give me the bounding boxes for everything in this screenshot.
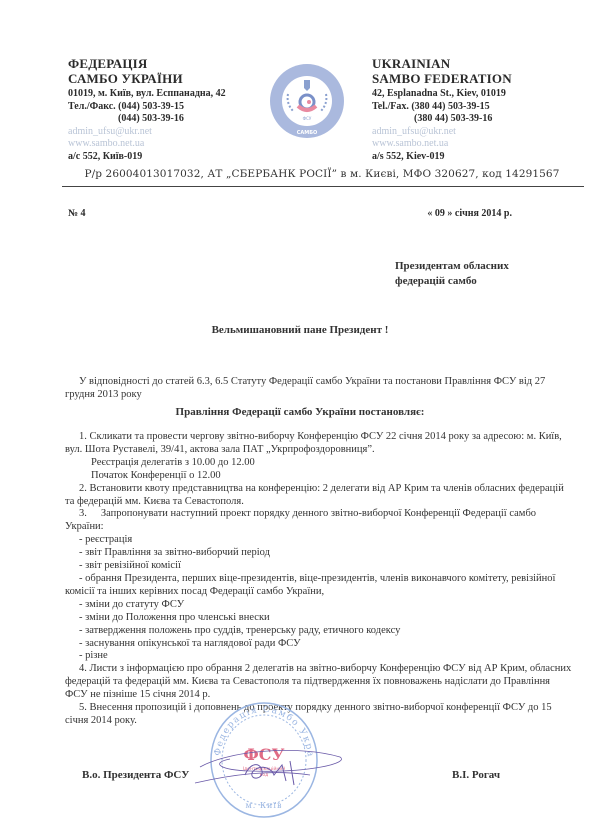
svg-text:м. Київ: м. Київ [246,801,283,810]
letterhead-english: UKRAINIAN SAMBO FEDERATION 42, Esplanadn… [372,56,512,163]
document-number: № 4 [68,208,86,219]
item-5: 5. Внесення пропозицій і доповнень до пр… [65,702,575,728]
agenda-item: - звіт Правління за звітно-виборчий пері… [65,547,575,560]
signatory-name: В.І. Рогач [452,769,500,781]
org-phone-en-2: (380 44) 503-39-16 [372,113,512,126]
agenda-item: - зміни до Положення про членські внески [65,612,575,625]
item-1-start: Початок Конференції о 12.00 [65,470,575,483]
org-po-box: а/с 552, Київ-019 [68,151,226,164]
agenda-item: - різне [65,650,575,663]
item-3-text: Запропонувати наступний проект порядку д… [65,508,536,532]
org-email-link[interactable]: admin_ufsu@ukr.net [68,126,226,139]
org-phone-2: (044) 503-39-16 [68,113,226,126]
org-name-en-line2: SAMBO FEDERATION [372,71,512,86]
org-website-en-link[interactable]: www.sambo.net.ua [372,138,512,151]
svg-text:ФСУ: ФСУ [303,116,312,121]
resolution-body: 1. Скликати та провести чергову звітно-в… [65,431,575,728]
agenda-item: - звіт ревізійної комісії [65,560,575,573]
agenda-item: - зміни до статуту ФСУ [65,599,575,612]
letterhead-ukrainian: ФЕДЕРАЦІЯ САМБО УКРАЇНИ 01019, м. Київ, … [68,56,226,163]
item-1-registration: Реєстрація делегатів з 10.00 до 12.00 [65,457,575,470]
recipient-block: Президентам обласних федерацій самбо [395,259,509,289]
agenda-item: - реєстрація [65,534,575,547]
org-name-line1: ФЕДЕРАЦІЯ [68,56,226,71]
agenda-item: - затвердження положень про суддів, трен… [65,625,575,638]
signature-scribble-icon [190,745,310,785]
item-3-number: 3. [79,508,87,519]
signatory-title: В.о. Президента ФСУ [82,769,189,781]
salutation: Вельмишановний пане Президент ! [0,324,600,336]
org-name-en-line1: UKRAINIAN [372,56,512,71]
recipient-line1: Президентам обласних [395,259,509,274]
org-address: 01019, м. Київ, вул. Есппанадна, 42 [68,88,226,101]
item-3: 3.Запропонувати наступний проект порядку… [65,508,575,534]
svg-text:САМБО: САМБО [297,130,318,136]
org-name-line2: САМБО УКРАЇНИ [68,71,226,86]
org-phone-1: Тел./Факс. (044) 503-39-15 [68,101,226,114]
agenda-item: - обрання Президента, перших віце-презид… [65,573,575,599]
org-address-en: 42, Esplanadna St., Kiev, 01019 [372,88,512,101]
item-1: 1. Скликати та провести чергову звітно-в… [65,431,575,457]
bank-details: Р/р 26004013017032, АТ „СБЕРБАНК РОСІЇ” … [62,168,582,180]
resolution-heading: Правління Федерації самбо України постан… [0,406,600,418]
document-date: « 09 » січня 2014 р. [427,208,512,219]
item-2: 2. Встановити квоту представництва на ко… [65,483,575,509]
header-divider [62,186,584,187]
federation-emblem-icon: ФСУ САМБО [268,62,346,140]
intro-paragraph: У відповідності до статей 6.3, 6.5 Стату… [65,375,570,401]
agenda-item: - заснування опікунської та наглядової р… [65,638,575,651]
item-4: 4. Листи з інформацією про обрання 2 дел… [65,663,575,702]
org-phone-en-1: Tel./Fax. (380 44) 503-39-15 [372,101,512,114]
org-website-link[interactable]: www.sambo.net.ua [68,138,226,151]
org-email-en-link[interactable]: admin_ufsu@ukr.net [372,126,512,139]
recipient-line2: федерацій самбо [395,274,509,289]
org-po-box-en: a/s 552, Kiev-019 [372,151,512,164]
